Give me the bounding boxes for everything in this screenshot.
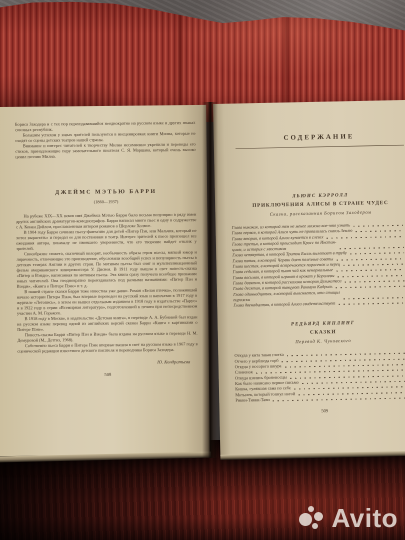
contents-title: СОДЕРЖАНИЕ bbox=[230, 131, 405, 142]
intro-paragraph: Внимание и интерес читателей к творчеств… bbox=[15, 142, 196, 160]
section-work-title-alice: ПРИКЛЮЧЕНИЯ АЛИСЫ В СТРАНЕ ЧУДЕС bbox=[231, 200, 405, 209]
article-signature: Ю. Кондратьева bbox=[18, 359, 191, 366]
body-paragraph: Своеобразие сюжета, сказочный колорит, н… bbox=[16, 250, 197, 290]
title-rule bbox=[236, 145, 404, 149]
left-page: Бориса Заходера и с тех пор переиздававш… bbox=[0, 105, 210, 456]
toc-entry-label: Глава двенадцатая, в которой Алиса свиде… bbox=[233, 301, 335, 309]
article-author-heading: ДЖЕЙМС МЭТЬЮ БАРРИ bbox=[16, 188, 196, 196]
toc-kipling: Откуда у кита такая глотка Отчего у верб… bbox=[234, 350, 405, 404]
right-page-content: СОДЕРЖАНИЕ ЛЬЮИС КЭРРОЛЛ ПРИКЛЮЧЕНИЯ АЛИ… bbox=[213, 100, 405, 455]
left-page-content: Бориса Заходера и с тех пор переиздававш… bbox=[0, 105, 210, 456]
section-author-carroll: ЛЬЮИС КЭРРОЛЛ bbox=[231, 191, 405, 200]
page-number-right: 509 bbox=[236, 406, 405, 415]
body-paragraph: В 1904 году Барри сочинил пьесу-фантазию… bbox=[16, 228, 197, 251]
avito-logo-icon bbox=[299, 506, 325, 531]
avito-watermark-text: Avito bbox=[331, 505, 398, 531]
body-paragraph: В нашей стране сказки Барри тоже известн… bbox=[17, 288, 198, 317]
body-paragraph: На рубеже XIX—XX веков имя Джеймса Мэтью… bbox=[16, 212, 197, 230]
toc-alice: Глава никакая, из которой тем не менее м… bbox=[232, 221, 405, 308]
page-number-left: 508 bbox=[18, 371, 198, 378]
avito-watermark: Avito bbox=[299, 505, 398, 531]
section-subtitle-alice: Сказка, рассказанная Борисом Заходером bbox=[231, 208, 405, 217]
author-dates: (1860—1937) bbox=[16, 198, 196, 205]
section-author-kipling: РЕДЬЯРД КИПЛИНГ bbox=[234, 319, 405, 328]
section-work-title-tales: СКАЗКИ bbox=[234, 328, 405, 337]
section-subtitle-tales: Перевод К. Чуковского bbox=[234, 337, 405, 346]
dot-leader bbox=[339, 299, 405, 306]
right-page: СОДЕРЖАНИЕ ЛЬЮИС КЭРРОЛЛ ПРИКЛЮЧЕНИЯ АЛИ… bbox=[213, 100, 405, 456]
body-paragraph: В 1918 году в Москве, в издательстве «Де… bbox=[17, 315, 198, 333]
toc-entry-label: Рикки-Тикки-Тави bbox=[235, 397, 269, 403]
body-paragraph: Собственно пьеса Барри о Питере Пэне впе… bbox=[17, 342, 197, 355]
book-gutter-shadow bbox=[202, 102, 218, 458]
